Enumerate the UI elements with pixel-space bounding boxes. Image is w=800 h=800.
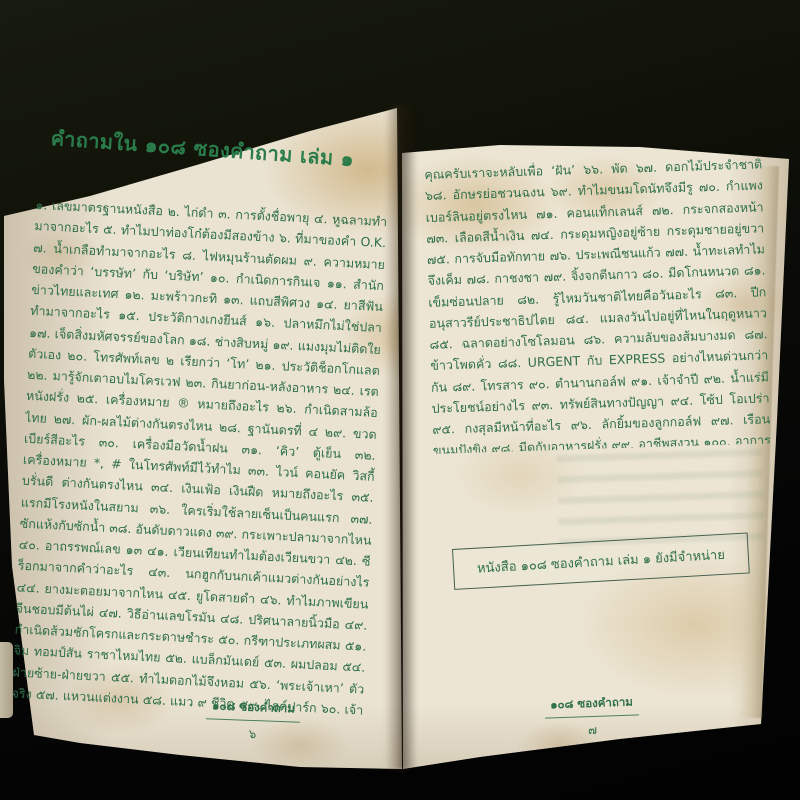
right-footer-book-title: ๑๐๘ ซองคำถาม [544,693,639,718]
right-page-number: ๗ [530,719,655,742]
left-footer-book-title: ๑๐๘ ซองคำถาม [206,697,301,723]
right-page-footer: ๑๐๘ ซองคำถาม ๗ [529,690,655,742]
right-page-question-list: คุณครับเราจะหลับเพื่อ ‘ฝัน’ ๖๖. พัด ๖๗. … [424,153,771,453]
book-photo-scene: คำถามใน ๑๐๘ ซองคำถาม เล่ม ๑ ๑. เลขมาตรฐา… [0,0,800,800]
left-page-footer: ๑๐๘ ซองคำถาม ๖ [185,693,321,746]
underlying-page-sliver [0,642,13,718]
book-gutter-crease [385,106,417,770]
left-page-question-list: ๑. เลขมาตรฐานหนังสือ ๒. ไก่ดำ ๓. การตั้ง… [11,194,387,717]
